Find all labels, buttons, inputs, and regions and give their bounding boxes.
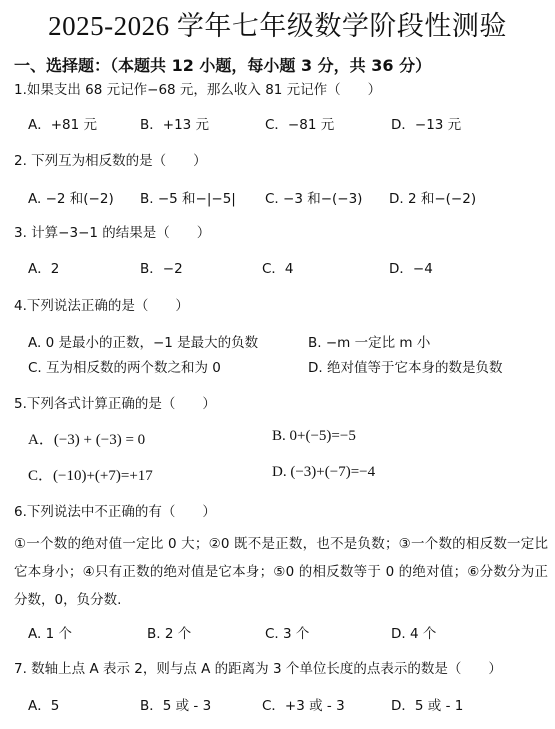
question-5-option-a[interactable]: A．(−3) + (−3) = 0 (28, 428, 145, 449)
question-4-stem: 4.下列说法正确的是（ ） (14, 294, 189, 314)
question-1-option-c[interactable]: C．−81 元 (265, 113, 334, 133)
question-6-option-a[interactable]: A. 1 个 (28, 622, 72, 642)
question-2-option-a[interactable]: A. −2 和(−2) (28, 187, 114, 207)
question-3-option-a[interactable]: A．2 (28, 257, 59, 277)
question-5-option-d[interactable]: D. (−3)+(−7)=−4 (272, 464, 375, 481)
question-7-option-c[interactable]: C．+3 或 - 3 (262, 694, 345, 714)
question-6-option-d[interactable]: D. 4 个 (391, 622, 436, 642)
question-3-option-d[interactable]: D．−4 (389, 257, 433, 277)
question-6-option-b[interactable]: B. 2 个 (147, 622, 191, 642)
question-4-option-b[interactable]: B. −m 一定比 m 小 (308, 331, 430, 351)
question-7-option-b[interactable]: B．5 或 - 3 (140, 694, 211, 714)
question-2-option-b[interactable]: B. −5 和−|−5| (140, 187, 236, 207)
question-2-stem: 2. 下列互为相反数的是（ ） (14, 149, 207, 169)
question-3-stem: 3. 计算−3−1 的结果是（ ） (14, 221, 210, 241)
question-6-stem: 6.下列说法中不正确的有（ ） (14, 500, 216, 520)
question-1-stem: 1.如果支出 68 元记作−68 元，那么收入 81 元记作（ ） (14, 78, 381, 98)
question-2-option-d[interactable]: D. 2 和−(−2) (389, 187, 476, 207)
page-title: 2025-2026 学年七年级数学阶段性测验 (0, 4, 555, 43)
question-7-option-a[interactable]: A．5 (28, 694, 59, 714)
question-1-option-a[interactable]: A．+81 元 (28, 113, 97, 133)
question-3-option-c[interactable]: C．4 (262, 257, 294, 277)
section-heading: 一、选择题：（本题共 12 小题，每小题 3 分，共 36 分） (14, 53, 431, 76)
question-4-option-c[interactable]: C. 互为相反数的两个数之和为 0 (28, 356, 221, 376)
question-5-stem: 5.下列各式计算正确的是（ ） (14, 392, 216, 412)
question-1-option-d[interactable]: D．−13 元 (391, 113, 461, 133)
question-1-option-b[interactable]: B．+13 元 (140, 113, 209, 133)
question-5-option-c[interactable]: C．(−10)+(+7)=+17 (28, 464, 153, 485)
question-4-option-d[interactable]: D. 绝对值等于它本身的数是负数 (308, 356, 502, 376)
question-5-option-b[interactable]: B. 0+(−5)=−5 (272, 428, 356, 445)
question-6-statements: ①一个数的绝对值一定比 0 大；②0 既不是正数，也不是负数；③一个数的相反数一… (14, 530, 548, 614)
question-7-stem: 7. 数轴上点 A 表示 2，则与点 A 的距离为 3 个单位长度的点表示的数是… (14, 657, 502, 677)
question-2-option-c[interactable]: C. −3 和−(−3) (265, 187, 362, 207)
question-6-option-c[interactable]: C. 3 个 (265, 622, 309, 642)
question-3-option-b[interactable]: B．−2 (140, 257, 183, 277)
question-7-option-d[interactable]: D．5 或 - 1 (391, 694, 463, 714)
question-4-option-a[interactable]: A. 0 是最小的正数，−1 是最大的负数 (28, 331, 258, 351)
